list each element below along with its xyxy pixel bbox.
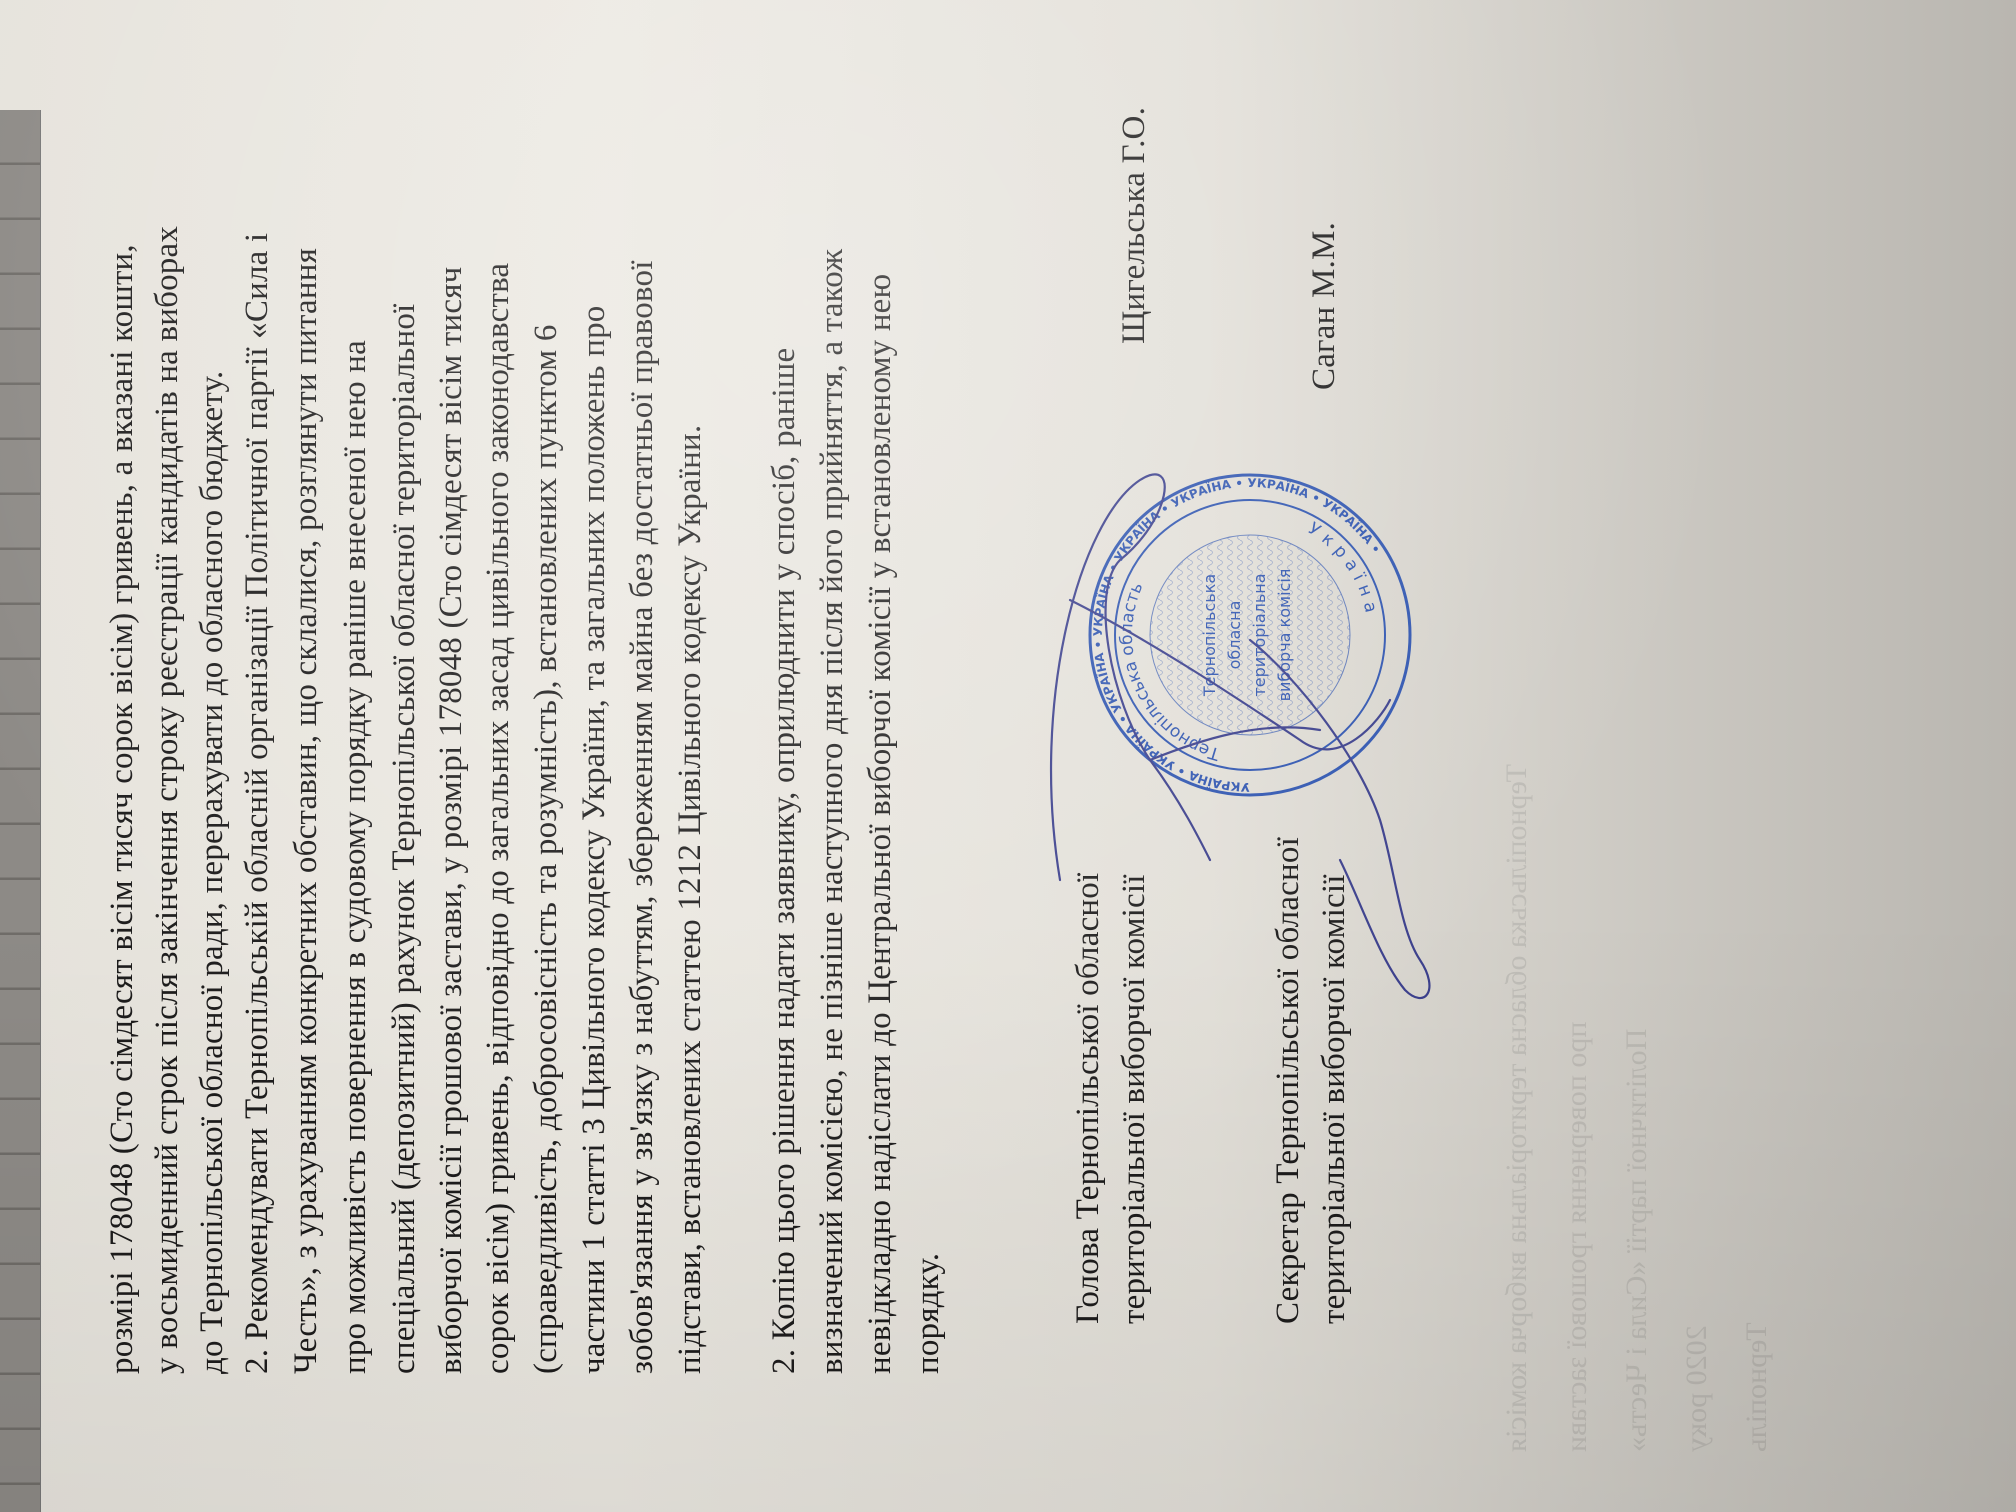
body-line: підстави, встановлених статтею 1212 Циві…: [672, 425, 709, 1374]
body-line: 2. Копію цього рішення надати заявнику, …: [766, 348, 803, 1374]
svg-text:обласна: обласна: [1225, 601, 1244, 670]
svg-text:виборча комісія: виборча комісія: [1275, 569, 1294, 702]
document-page: розмірі 178048 (Сто сімдесят вісім тисяч…: [0, 0, 2016, 1512]
body-line: спеціальний (депозитний) рахунок Тернопі…: [386, 304, 423, 1374]
official-stamp: УКРАЇНА • УКРАЇНА • УКРАЇНА • УКРАЇНА • …: [1085, 470, 1415, 800]
body-line: сорок вісім) гривень, відповідно до зага…: [480, 263, 517, 1374]
body-line: у восьмиденний строк після закінчення ст…: [149, 226, 186, 1374]
body-line: 2. Рекомендувати Тернопільській обласній…: [239, 233, 276, 1374]
body-line: до Тернопільської обласної ради, перерах…: [194, 371, 231, 1374]
body-line: (справедливість, добросовісність та розу…: [528, 324, 565, 1374]
body-line: визначений комісією, не пізніше наступно…: [814, 249, 851, 1374]
svg-text:територіальна: територіальна: [1250, 573, 1269, 696]
body-line: частини 1 статті 3 Цивільного кодексу Ук…: [576, 306, 613, 1374]
body-line: про можливість повернення в судовому пор…: [337, 340, 374, 1374]
body-line: виборчої комісії грошової застави, у роз…: [433, 267, 470, 1374]
chair-title-line: Голова Тернопільської обласної: [1070, 873, 1107, 1324]
chair-name: Щигельська Г.О.: [1116, 107, 1153, 344]
chair-title-line: територіальної виборчої комісії: [1116, 874, 1153, 1324]
body-line: невідкладно надіслати до Центральної виб…: [862, 274, 899, 1374]
secretary-title-line: Секретар Тернопільської обласної: [1270, 837, 1307, 1324]
secretary-title-line: територіальної виборчої комісії: [1316, 874, 1353, 1324]
svg-text:Тернопільська: Тернопільська: [1200, 574, 1219, 697]
body-line: Честь», з урахуванням конкретних обстави…: [288, 248, 325, 1374]
body-line: розмірі 178048 (Сто сімдесят вісім тисяч…: [104, 244, 141, 1374]
secretary-name: Саган М.М.: [1306, 222, 1343, 390]
body-line: зобов'язання у зв'язку з набуттям, збере…: [624, 260, 661, 1374]
body-line: порядку.: [910, 1253, 947, 1374]
